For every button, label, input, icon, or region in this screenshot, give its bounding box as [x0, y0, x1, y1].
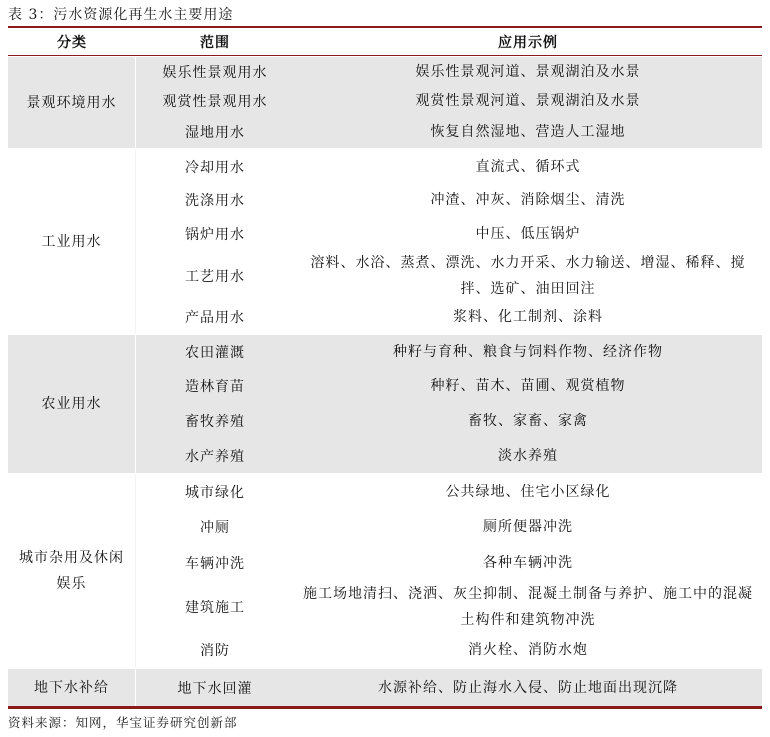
table-row: 冷却用水 直流式、循环式 — [136, 150, 762, 183]
table-row: 娱乐性景观用水 娱乐性景观河道、景观湖泊及水景 — [136, 57, 762, 86]
usage-cell: 各种车辆冲洗 — [294, 545, 762, 581]
usage-cell: 种籽与育种、粮食与饲料作物、经济作物 — [294, 335, 762, 369]
category-cell: 景观环境用水 — [8, 57, 136, 148]
usage-cell: 畜牧、家畜、家禽 — [294, 403, 762, 439]
table-row: 洗涤用水 冲渣、冲灰、消除烟尘、清洗 — [136, 183, 762, 217]
table-caption: 表 3：污水资源化再生水主要用途 — [8, 4, 233, 24]
scope-cell: 工艺用水 — [136, 251, 294, 301]
scope-cell: 观赏性景观用水 — [136, 86, 294, 115]
scope-cell: 锅炉用水 — [136, 217, 294, 251]
group-urban: 城市杂用及休闲娱乐 城市绿化 公共绿地、住宅小区绿化 冲厕 厕所便器冲洗 车辆冲… — [8, 475, 762, 667]
scope-cell: 洗涤用水 — [136, 183, 294, 217]
usage-cell: 中压、低压锅炉 — [294, 217, 762, 251]
source-note: 资料来源：知网，华宝证券研究创新部 — [8, 713, 238, 731]
header-scope: 范围 — [136, 28, 294, 55]
table-row: 观赏性景观用水 观赏性景观河道、景观湖泊及水景 — [136, 86, 762, 115]
scope-cell: 冷却用水 — [136, 150, 294, 183]
usage-cell: 溶料、水浴、蒸煮、漂洗、水力开采、水力输送、增湿、稀释、搅拌、选矿、油田回注 — [294, 251, 762, 301]
table-row: 造林育苗 种籽、苗木、苗圃、观赏植物 — [136, 369, 762, 403]
usage-cell: 消火栓、消防水炮 — [294, 633, 762, 667]
scope-cell: 消防 — [136, 633, 294, 667]
table-row: 车辆冲洗 各种车辆冲洗 — [136, 545, 762, 581]
scope-cell: 冲厕 — [136, 509, 294, 545]
table-row: 农田灌溉 种籽与育种、粮食与饲料作物、经济作物 — [136, 335, 762, 369]
group-groundwater: 地下水补给 地下水回灌 水源补给、防止海水入侵、防止地面出现沉降 — [8, 669, 762, 706]
table-row: 水产养殖 淡水养殖 — [136, 439, 762, 473]
usage-cell: 施工场地清扫、浇洒、灰尘抑制、混凝土制备与养护、施工中的混凝土构件和建筑物冲洗 — [294, 581, 762, 633]
usage-cell: 水源补给、防止海水入侵、防止地面出现沉降 — [294, 669, 762, 706]
group-industrial: 工业用水 冷却用水 直流式、循环式 洗涤用水 冲渣、冲灰、消除烟尘、清洗 锅炉用… — [8, 150, 762, 333]
usage-cell: 娱乐性景观河道、景观湖泊及水景 — [294, 57, 762, 86]
category-cell: 地下水补给 — [8, 669, 136, 706]
scope-cell: 湿地用水 — [136, 115, 294, 148]
table-row: 消防 消火栓、消防水炮 — [136, 633, 762, 667]
usage-cell: 浆料、化工制剂、涂料 — [294, 301, 762, 333]
usage-table: 景观环境用水 娱乐性景观用水 娱乐性景观河道、景观湖泊及水景 观赏性景观用水 观… — [8, 57, 762, 708]
usage-cell: 观赏性景观河道、景观湖泊及水景 — [294, 86, 762, 115]
scope-cell: 地下水回灌 — [136, 669, 294, 706]
usage-cell: 恢复自然湿地、营造人工湿地 — [294, 115, 762, 148]
scope-cell: 畜牧养殖 — [136, 403, 294, 439]
table-header: 分类 范围 应用示例 — [8, 28, 762, 55]
table-row: 工艺用水 溶料、水浴、蒸煮、漂洗、水力开采、水力输送、增湿、稀释、搅拌、选矿、油… — [136, 251, 762, 301]
table-row: 城市绿化 公共绿地、住宅小区绿化 — [136, 475, 762, 509]
table-row: 湿地用水 恢复自然湿地、营造人工湿地 — [136, 115, 762, 148]
scope-cell: 娱乐性景观用水 — [136, 57, 294, 86]
table-row: 地下水回灌 水源补给、防止海水入侵、防止地面出现沉降 — [136, 669, 762, 706]
scope-cell: 农田灌溉 — [136, 335, 294, 369]
scope-cell: 城市绿化 — [136, 475, 294, 509]
header-usage: 应用示例 — [294, 28, 762, 55]
bottom-rule — [8, 706, 762, 709]
category-cell: 农业用水 — [8, 335, 136, 473]
usage-cell: 直流式、循环式 — [294, 150, 762, 183]
category-cell: 城市杂用及休闲娱乐 — [8, 475, 136, 667]
scope-cell: 水产养殖 — [136, 439, 294, 473]
usage-cell: 冲渣、冲灰、消除烟尘、清洗 — [294, 183, 762, 217]
table-row: 建筑施工 施工场地清扫、浇洒、灰尘抑制、混凝土制备与养护、施工中的混凝土构件和建… — [136, 581, 762, 633]
group-agriculture: 农业用水 农田灌溉 种籽与育种、粮食与饲料作物、经济作物 造林育苗 种籽、苗木、… — [8, 335, 762, 473]
usage-cell: 厕所便器冲洗 — [294, 509, 762, 545]
usage-cell: 种籽、苗木、苗圃、观赏植物 — [294, 369, 762, 403]
header-category: 分类 — [8, 28, 136, 55]
usage-cell: 淡水养殖 — [294, 439, 762, 473]
scope-cell: 建筑施工 — [136, 581, 294, 633]
table-row: 锅炉用水 中压、低压锅炉 — [136, 217, 762, 251]
header-rule — [8, 55, 762, 56]
scope-cell: 造林育苗 — [136, 369, 294, 403]
table-row: 产品用水 浆料、化工制剂、涂料 — [136, 301, 762, 333]
scope-cell: 车辆冲洗 — [136, 545, 294, 581]
table-row: 畜牧养殖 畜牧、家畜、家禽 — [136, 403, 762, 439]
category-cell: 工业用水 — [8, 150, 136, 333]
usage-cell: 公共绿地、住宅小区绿化 — [294, 475, 762, 509]
scope-cell: 产品用水 — [136, 301, 294, 333]
table-row: 冲厕 厕所便器冲洗 — [136, 509, 762, 545]
group-landscape: 景观环境用水 娱乐性景观用水 娱乐性景观河道、景观湖泊及水景 观赏性景观用水 观… — [8, 57, 762, 148]
